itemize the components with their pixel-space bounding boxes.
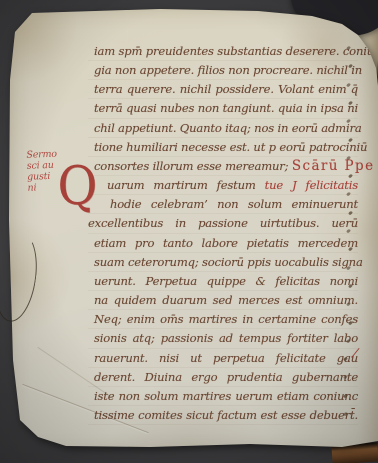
text-segment: uarum martirum festum (107, 178, 265, 192)
text-line: terra querere. nichil possidere. Volant … (88, 80, 358, 99)
text-line: gia non appetere. filios non procreare. … (88, 61, 358, 80)
text-segment: terrā quasi nubes non tangiunt. quia in … (94, 101, 358, 115)
text-segment: Scārū Ppe (292, 158, 375, 174)
text-line: derent. Diuina ergo prudentia gubernante (88, 368, 358, 387)
text-segment: Neq; enim om̄s martires in certamine con… (94, 312, 358, 326)
pricking-mark (346, 229, 351, 234)
pricking-mark (348, 64, 353, 69)
pricking-mark (346, 338, 351, 343)
pricking-mark (348, 100, 353, 105)
text-block: iam spm̄ preuidentes substantias deserer… (88, 42, 358, 425)
text-segment: tue J felicitatis (265, 178, 358, 192)
manuscript-page: Sermosci augustini Q iam spm̄ preuidente… (0, 0, 378, 463)
text-segment: uerunt. Perpetua quippe & felicitas nomi (94, 274, 358, 288)
text-line: tissime comites sicut factum est esse de… (88, 406, 358, 425)
pricking-mark (346, 302, 351, 307)
text-segment: na quidem duarum sed merces est omnium. (94, 293, 358, 307)
pricking-mark (348, 137, 353, 142)
text-line: iam spm̄ preuidentes substantias deserer… (88, 42, 358, 61)
text-line: sionis atq; passionis ad tempus fortiter… (88, 329, 358, 348)
pricking-marks (349, 46, 359, 436)
pricking-mark (346, 265, 351, 270)
manuscript-photo: Sermosci augustini Q iam spm̄ preuidente… (0, 0, 378, 463)
text-segment: tissime comites sicut factum est esse de… (94, 408, 358, 422)
text-line: chil appetiunt. Quanto itaq; nos in eorū… (88, 119, 358, 138)
text-line: terrā quasi nubes non tangiunt. quia in … (88, 99, 358, 118)
text-segment: etiam pro tanto labore pietatis mercedem (94, 236, 358, 250)
text-line: na quidem duarum sed merces est omnium. (88, 291, 358, 310)
text-segment: gia non appetere. filios non procreare. … (94, 63, 362, 77)
text-segment: sionis atq; passionis ad tempus fortiter… (94, 331, 358, 345)
pricking-mark (346, 46, 351, 51)
text-segment: hodie celebram’ non solum eminuerunt (110, 197, 358, 211)
text-segment: consortes illorum esse mereamur; (94, 159, 292, 173)
text-segment: chil appetiunt. Quanto itaq; nos in eorū… (94, 121, 362, 135)
text-line: uerunt. Perpetua quippe & felicitas nomi (88, 272, 358, 291)
pricking-mark (346, 82, 351, 87)
text-line: hodie celebram’ non solum eminuerunt (88, 195, 358, 214)
pricking-mark (348, 247, 353, 252)
text-segment: iam spm̄ preuidentes substantias deserer… (94, 44, 374, 58)
text-segment: derent. Diuina ergo prudentia gubernante (94, 370, 358, 384)
text-line: excellentibus in passione uirtutibus. ue… (88, 214, 358, 233)
text-segment: tione humiliari necesse est. ut p eorū p… (94, 140, 367, 154)
pricking-mark (348, 283, 353, 288)
text-line: iste non solum martires uerum etiam coni… (88, 387, 358, 406)
text-line: etiam pro tanto labore pietatis mercedem (88, 234, 358, 253)
text-line: consortes illorum esse mereamur; Scārū P… (88, 157, 358, 176)
pricking-mark (346, 119, 351, 124)
text-segment: iste non solum martires uerum etiam coni… (94, 389, 358, 403)
text-line: uarum martirum festum tue J felicitatis (88, 176, 358, 195)
pricking-mark (348, 210, 353, 215)
pricking-mark (346, 155, 351, 160)
text-line: suam ceterorumq; sociorū ppis uocabulis … (88, 253, 358, 272)
text-segment: rauerunt. nisi ut perpetua felicitate ga… (94, 351, 358, 365)
text-segment: terra querere. nichil possidere. Volant … (94, 82, 358, 96)
pricking-mark (348, 320, 353, 325)
pricking-mark (348, 174, 353, 179)
text-segment: suam ceterorumq; sociorū ppis uocabulis … (94, 255, 363, 269)
text-line: Neq; enim om̄s martires in certamine con… (88, 310, 358, 329)
text-line: rauerunt. nisi ut perpetua felicitate ga… (88, 349, 358, 368)
manuscript-page-wrap: Sermosci augustini Q iam spm̄ preuidente… (0, 0, 378, 463)
text-line: tione humiliari necesse est. ut p eorū p… (88, 138, 358, 157)
text-segment: excellentibus in passione uirtutibus. ue… (88, 216, 358, 230)
